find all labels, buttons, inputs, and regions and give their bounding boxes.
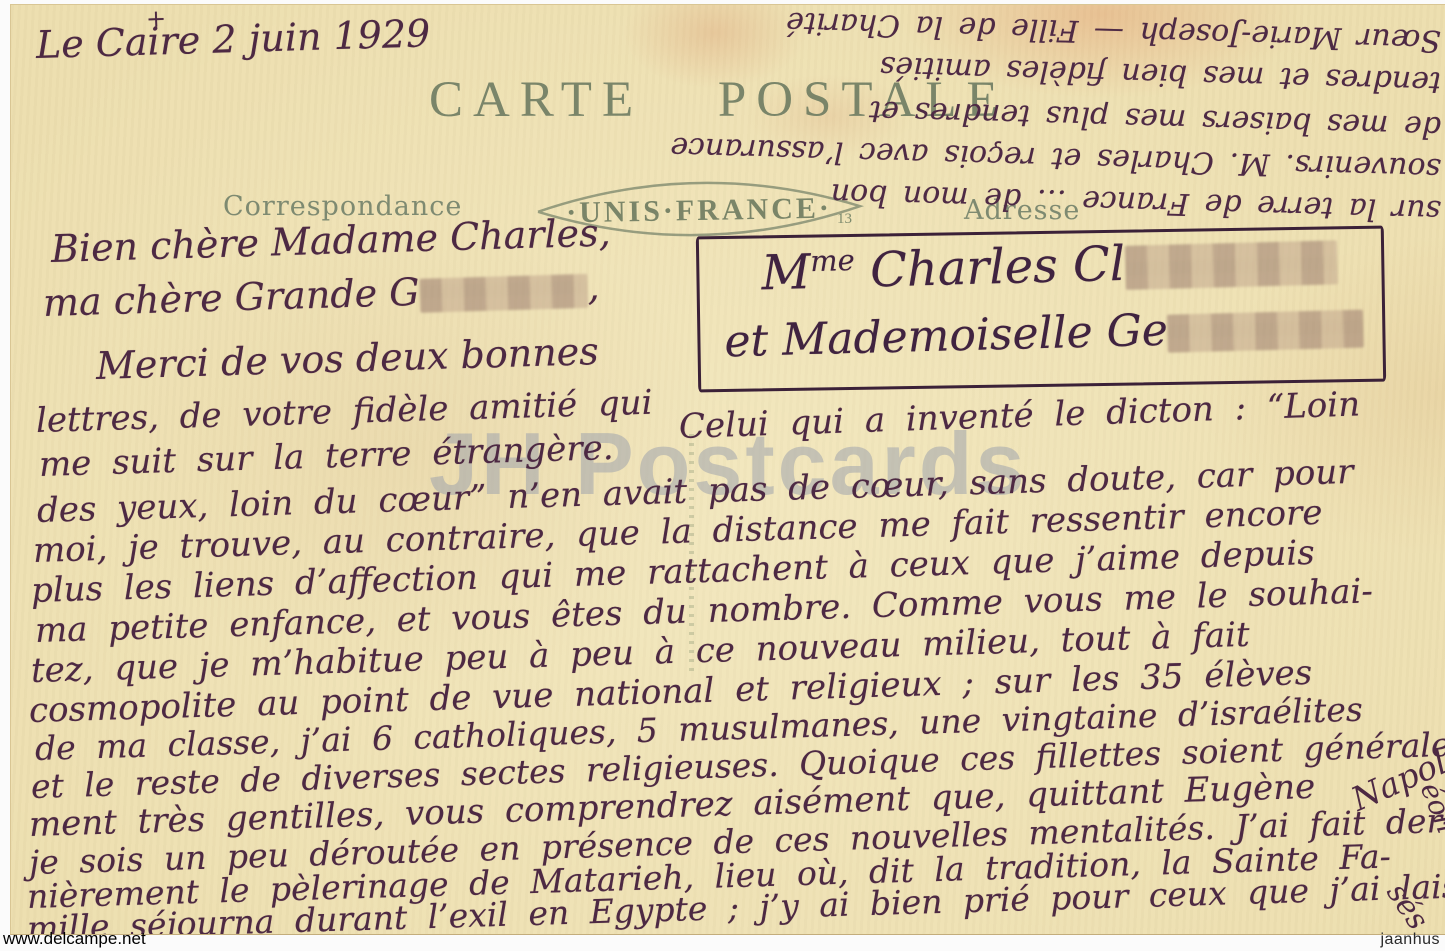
message-line: Merci de vos deux bonnes — [95, 329, 599, 388]
address-line-1: Mme Charles Cl — [761, 230, 1338, 301]
address-name: Charles Cl — [854, 236, 1126, 299]
address-title: M — [761, 244, 812, 301]
message-line: ma chère Grande G, — [42, 264, 600, 324]
redaction-block — [1125, 240, 1338, 290]
scan-seller-credit: jaanhus — [1380, 931, 1440, 949]
message-text: ma chère Grande G — [42, 270, 420, 325]
address-name-2: et Mademoiselle Ge — [724, 305, 1169, 368]
address-box: Mme Charles Cl et Mademoiselle Ge — [696, 226, 1386, 393]
redaction-block — [419, 273, 588, 312]
message-line: Bien chère Madame Charles, — [50, 210, 611, 271]
address-line-2: et Mademoiselle Ge — [724, 300, 1365, 368]
date-line: Le Caire 2 juin 1929 — [35, 11, 430, 67]
redaction-block — [1167, 309, 1364, 352]
message-text: , — [587, 264, 600, 308]
postcard-back: JH Postcards CARTE POSTALE Correspondanc… — [10, 4, 1445, 935]
inverted-note-line: Sœur Marie-Joseph — Fille de la Charité — [716, 4, 1442, 58]
address-title-sup: me — [810, 243, 855, 278]
scan-site-credit: www.delcampe.net — [3, 929, 146, 949]
